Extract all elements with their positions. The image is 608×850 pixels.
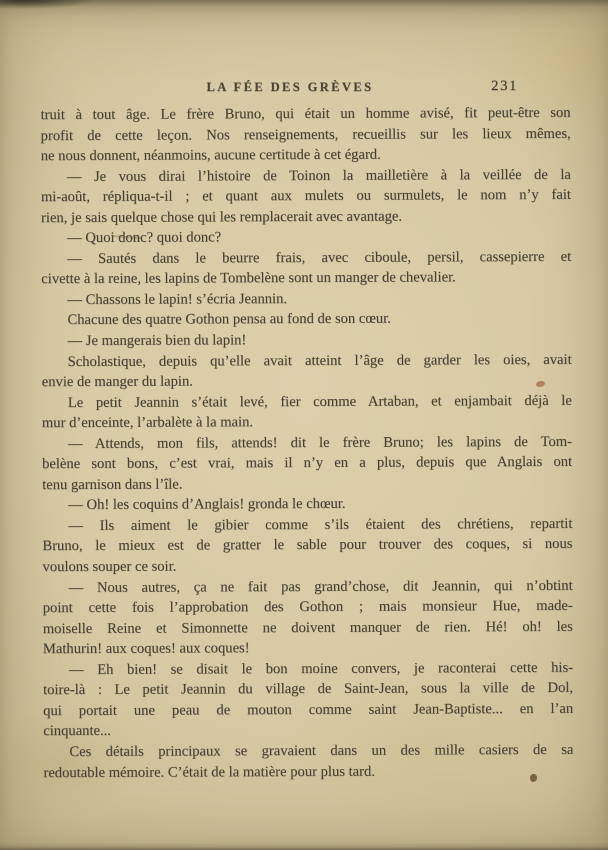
- text-line: Le petit Jeannin s’était levé, fier comm…: [42, 391, 572, 414]
- text-line: — Quoi donc? quoi donc?: [41, 226, 571, 249]
- text-line: cinquante...: [43, 719, 573, 742]
- text-line: Mathurin! aux coques! aux coques!: [43, 637, 573, 660]
- scan-edge-bottom: [0, 843, 608, 850]
- text-line: civette à la reine, les lapins de Tombel…: [41, 267, 571, 290]
- text-line: Ces détails principaux se gravaient dans…: [43, 740, 573, 763]
- text-line: tenu garnison dans l’île.: [42, 473, 572, 496]
- text-line: belène sont bons, c’est vrai, mais il n’…: [42, 452, 572, 475]
- scan-corner-shadow: [0, 0, 120, 13]
- text-line: mi-août, répliqua-t-il ; et quant aux mu…: [41, 185, 571, 208]
- page-number: 231: [491, 78, 518, 95]
- text-line: qui portait une peau de mouton comme sai…: [43, 699, 573, 722]
- text-line: — Oh! les coquins d’Anglais! gronda le c…: [42, 493, 572, 516]
- text-line: — Nous autres, ça ne fait pas grand’chos…: [43, 575, 573, 598]
- text-line: — Sautés dans le beurre frais, avec cibo…: [41, 247, 571, 270]
- text-line: Chacune des quatre Gothon pensa au fond …: [41, 308, 571, 331]
- text-line: envie de manger du lapin.: [42, 370, 572, 393]
- body-text: truit à tout âge. Le frère Bruno, qui ét…: [41, 103, 574, 783]
- text-line: — Je vous dirai l’histoire de Toinon la …: [41, 164, 571, 187]
- text-line: — Eh bien! se disait le bon moine conver…: [43, 658, 573, 681]
- text-line: mur d’enceinte, l’arbalète à la main.: [42, 411, 572, 434]
- text-line: ne nous donnent, néanmoins, aucune certi…: [41, 144, 571, 167]
- running-title: LA FÉE DES GRÈVES: [25, 80, 555, 95]
- text-line: — Ils aiment le gibier comme s’ils étaie…: [42, 514, 572, 537]
- page-header: LA FÉE DES GRÈVES 231: [42, 78, 572, 100]
- text-line: moiselle Reine et Simonnette ne doivent …: [43, 617, 573, 640]
- text-line: rien, je sais quelque chose qui les remp…: [41, 206, 571, 229]
- text-line: — Je mangerais bien du lapin!: [42, 329, 572, 352]
- text-line: Bruno, le mieux est de gratter le sable …: [42, 534, 572, 557]
- text-line: — Chassons le lapin! s’écria Jeannin.: [41, 288, 571, 311]
- text-line: toire-là : Le petit Jeannin du village d…: [43, 678, 573, 701]
- text-line: truit à tout âge. Le frère Bruno, qui ét…: [41, 103, 571, 126]
- text-line: — Attends, mon fils, attends! dit le frè…: [42, 432, 572, 455]
- text-line: voulons souper ce soir.: [42, 555, 572, 578]
- text-line: profit de cette leçon. Nos renseignement…: [41, 123, 571, 146]
- text-line: redoutable mémoire. C’était de la matièr…: [43, 760, 573, 783]
- text-line: Scholastique, depuis qu’elle avait attei…: [42, 349, 572, 372]
- text-line: point cette fois l’approbation des Gotho…: [43, 596, 573, 619]
